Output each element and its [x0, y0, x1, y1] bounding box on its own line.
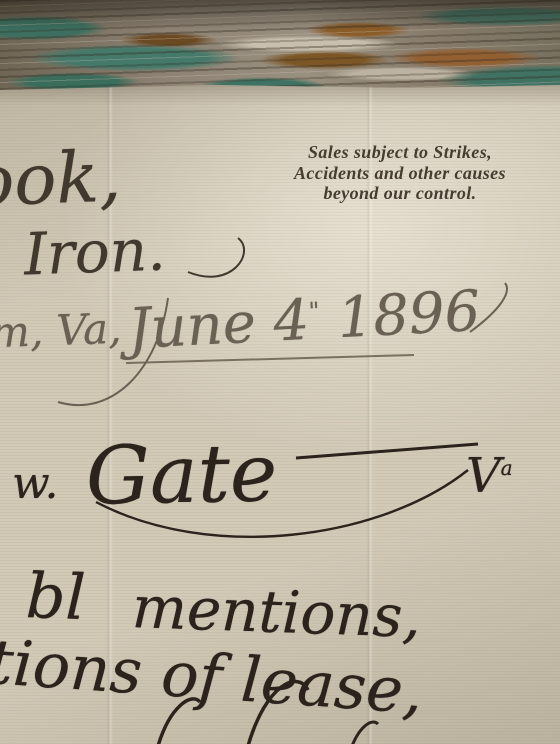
date-ordinal-mark: " [308, 297, 320, 326]
place-initial: V [466, 448, 501, 504]
body-line1-word: Gate [85, 426, 278, 522]
letterhead-fragment-line2: Iron. [23, 216, 167, 289]
printed-sales-notice: Sales subject to Strikes, Accidents and … [248, 142, 552, 204]
date-year: 1896 [336, 279, 482, 351]
photo-of-letter: Sales subject to Strikes, Accidents and … [0, 0, 560, 744]
body-line2-prefix: bl [25, 559, 87, 634]
date-month-day: June 4 [127, 288, 311, 362]
notice-line-2: Accidents and other causes [248, 163, 552, 184]
body-line1-place: Va [466, 448, 513, 504]
notice-line-3: beyond our control. [248, 183, 552, 204]
body-line1-prefix: w. [12, 458, 58, 509]
dateline-place-fragment: m, Va, [0, 304, 122, 358]
notice-line-1: Sales subject to Strikes, [248, 142, 552, 163]
letterhead-fragment-line1: ook, [0, 135, 122, 222]
weathered-wood-background [0, 0, 560, 100]
place-superscript: a [501, 456, 513, 480]
